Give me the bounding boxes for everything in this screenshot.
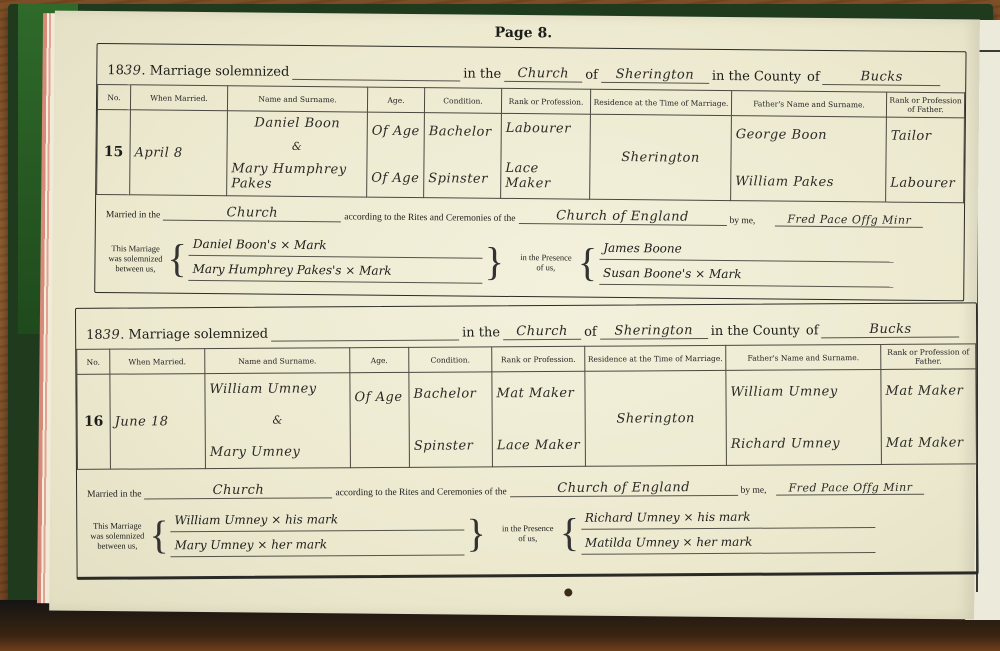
residence: Sherington [590,114,732,200]
groom-condition: Bachelor [413,386,487,401]
rites-value: Church of England [518,208,726,226]
groom-rank: Labourer [506,121,586,137]
groom-signature: William Umney × his mark [170,512,464,533]
bride-name: Mary Umney [210,444,346,460]
witness-signatures: James Boone Susan Boone's × Mark [599,241,893,288]
page-number: Page 8. [495,25,553,42]
col-when-married: When Married. [130,85,227,111]
year-prefix: 18 [86,328,103,343]
blank-line [271,340,459,342]
groom-father-rank: Mat Maker [885,383,971,399]
fathers-ranks: Mat Maker Mat Maker [881,369,977,465]
witness-2-signature: Susan Boone's × Mark [599,266,893,288]
col-no: No. [97,84,130,109]
county-label: in the County [711,323,800,339]
year-suffix: 39 [124,63,142,78]
witness-brace: { [578,243,598,283]
married-in-line: Married in the Church according to the R… [106,204,954,228]
according-label: according to the Rites and Ceremonies of… [344,212,515,224]
blank-line [292,79,460,82]
of-label: of [585,68,598,83]
in-the-label: in the [463,66,501,81]
place-type: Church [504,66,582,83]
col-age: Age. [367,87,424,113]
of-label: of [584,325,597,340]
col-residence: Residence at the Time of Marriage. [585,345,726,371]
county-of-label: of [806,323,819,338]
bride-condition: Spinster [428,171,496,187]
county-of-label: of [807,70,820,85]
fathers-names: William Umney Richard Umney [726,369,882,465]
col-name: Name and Surname. [227,86,367,112]
col-rank: Rank or Profession. [501,88,590,114]
residence: Sherington [585,370,727,466]
entry-headline: 1839. Marriage solemnized in the Church … [107,52,955,86]
left-brace: { [149,515,168,555]
col-father-rank: Rank or Profession of Father. [881,344,976,370]
parish-name: Sherington [601,67,709,84]
entry-table: No. When Married. Name and Surname. Age.… [96,84,965,203]
col-condition: Condition. [409,347,492,373]
married-in-label: Married in the [106,210,160,221]
bride-father-name: Richard Umney [731,435,877,451]
signature-block: This Marriage was solemnized between us,… [105,236,953,288]
bride-condition: Spinster [414,438,488,453]
col-when-married: When Married. [110,349,205,375]
col-father-name: Father's Name and Surname. [726,344,881,370]
county-name: Bucks [821,321,959,338]
groom-father-name: George Boon [736,127,882,143]
groom-name: William Umney [209,381,345,397]
presence-label: in the Presence of us, [498,523,558,543]
county-name: Bucks [823,69,941,86]
officiant-signature: Fred Pace Offg Minr [776,481,924,496]
married-in-label: Married in the [87,489,141,499]
groom-age: Of Age [372,124,420,139]
solemnized-label: . Marriage solemnized [120,327,268,343]
ages: Of Age [350,372,410,467]
register-page: Page 8. 1839. Marriage solemnized in the… [49,11,980,620]
parish-name: Sherington [600,323,708,340]
presence-label: in the Presence of us, [516,252,576,273]
ampersand: & [232,139,363,153]
married-in-value: Church [163,205,341,223]
witness-2-signature: Matilda Umney × her mark [581,534,875,555]
marriage-entry-16: 1839. Marriage solemnized in the Church … [75,302,979,580]
bride-rank: Lace Maker [505,161,585,192]
witness-1-signature: James Boone [599,241,893,263]
col-father-name: Father's Name and Surname. [731,91,886,117]
this-marriage-label: This Marriage was solemnized between us, [87,520,147,550]
ampersand: & [210,414,346,428]
names: William Umney & Mary Umney [205,373,351,469]
entry-headline: 1839. Marriage solemnized in the Church … [86,311,966,342]
bride-signature: Mary Umney × her mark [171,537,465,558]
groom-age: Of Age [354,390,404,405]
by-me-label: by me, [729,216,755,226]
marriage-entry-15: 1839. Marriage solemnized in the Church … [94,43,966,301]
witness-1-signature: Richard Umney × his mark [581,509,875,530]
when-married: April 8 [130,110,228,196]
married-in-value: Church [144,482,332,499]
parties-signatures: Daniel Boon's × Mark Mary Humphrey Pakes… [189,237,483,284]
col-no: No. [77,349,110,374]
col-condition: Condition. [424,88,501,114]
groom-condition: Bachelor [429,124,497,140]
bride-father-name: William Pakes [735,174,881,190]
signature-block: This Marriage was solemnized between us,… [87,508,967,557]
year-suffix: 39 [103,328,121,343]
col-residence: Residence at the Time of Marriage. [590,89,731,115]
col-rank: Rank or Profession. [492,346,585,372]
col-age: Age. [350,347,409,372]
names: Daniel Boon & Mary Humphrey Pakes [227,111,368,197]
bride-age: Of Age [371,171,419,186]
place-type: Church [503,324,581,340]
county-label: in the County [712,69,801,85]
parties-signatures: William Umney × his mark Mary Umney × he… [170,512,464,558]
when-married: June 18 [110,374,206,470]
entry-table: No. When Married. Name and Surname. Age.… [76,343,977,469]
bride-name: Mary Humphrey Pakes [231,162,362,193]
right-brace: } [466,513,485,553]
groom-father-rank: Tailor [891,129,960,145]
witness-signatures: Richard Umney × his mark Matilda Umney ×… [581,509,875,555]
groom-signature: Daniel Boon's × Mark [189,237,483,259]
by-me-label: by me, [741,486,767,496]
according-label: according to the Rites and Ceremonies of… [335,487,506,498]
fathers-names: George Boon William Pakes [731,116,887,202]
fathers-ranks: Tailor Labourer [886,117,965,203]
ages: Of Age Of Age [367,112,425,198]
bride-father-rank: Labourer [890,176,959,192]
bride-rank: Lace Maker [497,437,581,453]
conditions: Bachelor Spinster [409,372,493,468]
witness-brace: { [560,513,579,553]
ranks: Labourer Lace Maker [501,113,591,199]
ranks: Mat Maker Lace Maker [492,371,586,467]
table-row: 15 April 8 Daniel Boon & Mary Humphrey P… [97,109,965,202]
married-in-line: Married in the Church according to the R… [87,478,967,499]
conditions: Bachelor Spinster [424,113,502,199]
groom-father-name: William Umney [730,383,876,399]
table-row: 16 June 18 William Umney & Mary Umney Of… [77,369,977,469]
solemnized-label: . Marriage solemnized [141,63,289,79]
this-marriage-label: This Marriage was solemnized between us, [105,243,165,274]
bride-signature: Mary Humphrey Pakes's × Mark [189,262,483,284]
entry-number: 15 [97,109,131,194]
officiant-signature: Fred Pace Offg Minr [775,212,923,227]
col-father-rank: Rank or Profession of Father. [886,92,964,118]
groom-name: Daniel Boon [232,115,363,131]
groom-rank: Mat Maker [496,385,580,401]
entry-number: 16 [77,374,111,469]
right-brace: } [485,242,505,282]
ink-blot [564,588,572,596]
rites-value: Church of England [510,480,738,497]
year-prefix: 18 [107,63,124,78]
col-name: Name and Surname. [205,348,350,374]
in-the-label: in the [462,325,500,340]
left-brace: { [167,239,187,279]
bride-father-rank: Mat Maker [886,435,972,451]
